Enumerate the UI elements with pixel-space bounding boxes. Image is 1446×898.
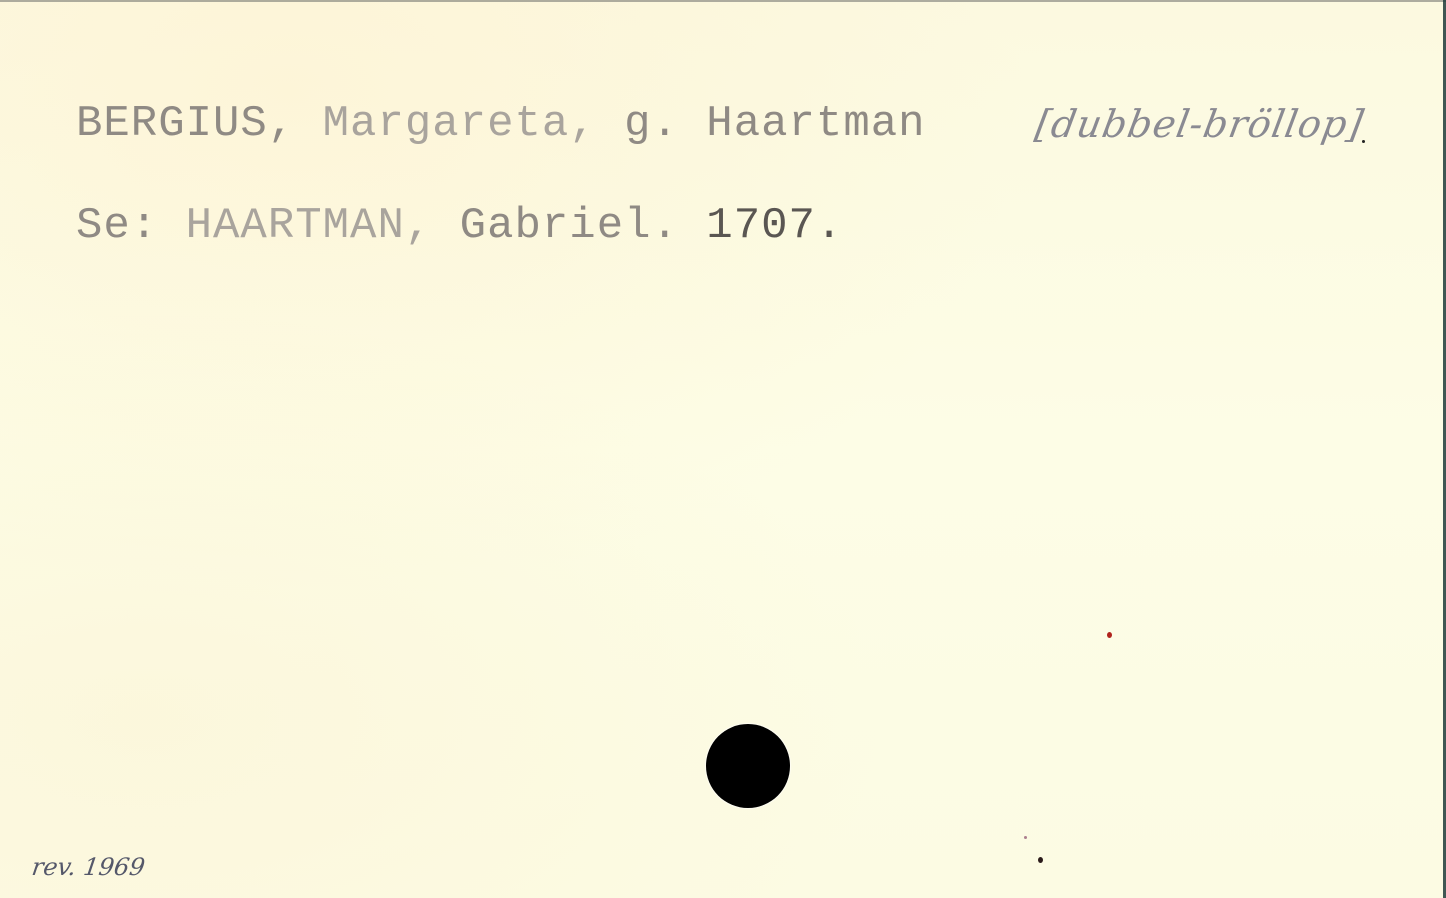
revision-note: rev. 1969 <box>30 852 147 882</box>
entry-surname: BERGIUS, <box>76 99 295 149</box>
index-card: BERGIUS, Margareta, g. Haartman [dubbel-… <box>0 0 1446 898</box>
ink-speck-small <box>1024 836 1027 839</box>
reference-surname: HAARTMAN, <box>158 201 432 251</box>
entry-married-abbrev: g. <box>597 99 679 149</box>
entry-heading-line: BERGIUS, Margareta, g. Haartman <box>76 98 926 150</box>
see-label: Se: <box>76 201 158 251</box>
punch-hole <box>706 724 790 808</box>
ink-speck-dot <box>1362 140 1365 143</box>
ink-speck-red <box>1107 632 1112 638</box>
handwritten-annotation: [dubbel-bröllop] <box>1032 100 1368 148</box>
reference-year: 1707. <box>679 201 843 251</box>
see-reference-line: Se: HAARTMAN, Gabriel. 1707. <box>76 200 843 252</box>
card-top-edge <box>0 0 1446 2</box>
entry-maiden-name: Haartman <box>679 99 926 149</box>
ink-speck-dark <box>1038 857 1043 863</box>
reference-given-name: Gabriel. <box>432 201 679 251</box>
entry-given-name: Margareta, <box>295 99 596 149</box>
